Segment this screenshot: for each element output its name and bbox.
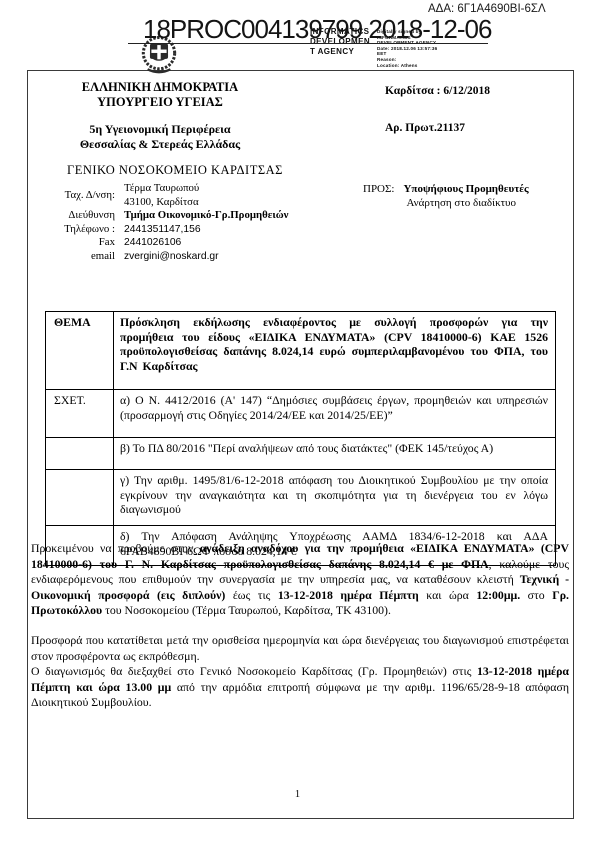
sxet-c-label (46, 470, 114, 526)
paragraph-late-offers: Προσφορά που κατατίθεται μετά την ορισθε… (31, 633, 569, 664)
stamp-agency-line: T AGENCY (310, 47, 374, 57)
stamp-detail-line: Location: Athens (377, 63, 462, 69)
contact-block: Ταχ. Δ/νση: Τέρμα Ταυρωπού 43100, Καρδίτ… (35, 182, 325, 263)
recipient-line2: Ανάρτηση στο διαδίκτυο (403, 197, 528, 211)
ministry-title: ΥΠΟΥΡΓΕΙΟ ΥΓΕΙΑΣ (60, 95, 260, 110)
contact-row-phone: Τηλέφωνο : 2441351147,156 (35, 223, 325, 237)
page-number: 1 (0, 789, 595, 800)
pros-label: ΠΡΟΣ: (363, 183, 394, 210)
sxet-b-label (46, 438, 114, 470)
protocol-number: Αρ. Πρωτ.21137 (385, 122, 465, 134)
paragraph-invitation: Προκειμένου να προβούμε στην ανάδειξη αν… (31, 541, 569, 619)
fax-label: Fax (35, 236, 124, 250)
table-row-sxet-c: γ) Την αριθμ. 1495/81/6-12-2018 απόφαση … (46, 470, 556, 526)
sxet-c-content: γ) Την αριθμ. 1495/81/6-12-2018 απόφαση … (114, 470, 556, 526)
health-region-line2: Θεσσαλίας & Στερεάς Ελλάδας (60, 137, 260, 152)
republic-title: ΕΛΛΗΝΙΚΗ ΔΗΜΟΚΡΑΤΙΑ (60, 80, 260, 95)
health-region-line1: 5η Υγειονομική Περιφέρεια (60, 122, 260, 137)
phone-label: Τηλέφωνο : (35, 223, 124, 237)
recipient-block: ΠΡΟΣ: Υποψήφιους Προμηθευτές Ανάρτηση στ… (363, 183, 529, 210)
contact-row-address: Ταχ. Δ/νση: Τέρμα Ταυρωπού 43100, Καρδίτ… (35, 182, 325, 209)
sxet-label: ΣΧΕΤ. (46, 390, 114, 438)
pros-body: Υποψήφιους Προμηθευτές Ανάρτηση στο διαδ… (403, 183, 528, 210)
header-left: ΕΛΛΗΝΙΚΗ ΔΗΜΟΚΡΑΤΙΑ ΥΠΟΥΡΓΕΙΟ ΥΓΕΙΑΣ (60, 80, 260, 110)
address-label: Ταχ. Δ/νση: (35, 189, 124, 203)
contact-row-email: email zvergini@noskard.gr (35, 250, 325, 264)
recipient-line1: Υποψήφιους Προμηθευτές (403, 183, 528, 197)
contact-row-fax: Fax 2441026106 (35, 236, 325, 250)
body-text: Προκειμένου να προβούμε στην ανάδειξη αν… (31, 541, 569, 711)
proc-watermark: 18PROC004139799 2018-12-06 (143, 14, 491, 45)
department-label: Διεύθυνση (35, 209, 124, 223)
address-line1: Τέρμα Ταυρωπού (124, 182, 199, 196)
email-label: email (35, 250, 124, 264)
address-line2: 43100, Καρδίτσα (124, 196, 199, 210)
sxet-b-content: β) Το ΠΔ 80/2016 "Περί αναλήψεων από του… (114, 438, 556, 470)
thema-content: Πρόσκληση εκδήλωσης ενδιαφέροντος με συλ… (114, 312, 556, 390)
contact-row-department: Διεύθυνση Τμήμα Οικονομικό-Γρ.Προμηθειών (35, 209, 325, 223)
department-value: Τμήμα Οικονομικό-Γρ.Προμηθειών (124, 209, 288, 223)
health-region: 5η Υγειονομική Περιφέρεια Θεσσαλίας & Στ… (60, 122, 260, 151)
address-value: Τέρμα Ταυρωπού 43100, Καρδίτσα (124, 182, 199, 209)
sxet-a-content: α) Ο Ν. 4412/2016 (Α' 147) “Δημόσιες συμ… (114, 390, 556, 438)
subject-table: ΘΕΜΑ Πρόσκληση εκδήλωσης ενδιαφέροντος μ… (45, 311, 556, 566)
thema-label: ΘΕΜΑ (46, 312, 114, 390)
paragraph-opening: Ο διαγωνισμός θα διεξαχθεί στο Γενικό Νο… (31, 664, 569, 711)
phone-value: 2441351147,156 (124, 224, 201, 235)
city-date: Καρδίτσα : 6/12/2018 (385, 85, 490, 97)
table-row-thema: ΘΕΜΑ Πρόσκληση εκδήλωσης ενδιαφέροντος μ… (46, 312, 556, 390)
document-page: ΑΔΑ: 6Γ1Α4690ΒΙ-6ΣΛ 18PROC004139799 2018… (0, 0, 595, 842)
hospital-name: ΓΕΝΙΚΟ ΝΟΣΟΚΟΜΕΙΟ ΚΑΡΔΙΤΣΑΣ (67, 163, 283, 178)
fax-value: 2441026106 (124, 237, 181, 248)
table-row-sxet-a: ΣΧΕΤ. α) Ο Ν. 4412/2016 (Α' 147) “Δημόσι… (46, 390, 556, 438)
table-row-sxet-b: β) Το ΠΔ 80/2016 "Περί αναλήψεων από του… (46, 438, 556, 470)
email-value: zvergini@noskard.gr (124, 251, 219, 262)
